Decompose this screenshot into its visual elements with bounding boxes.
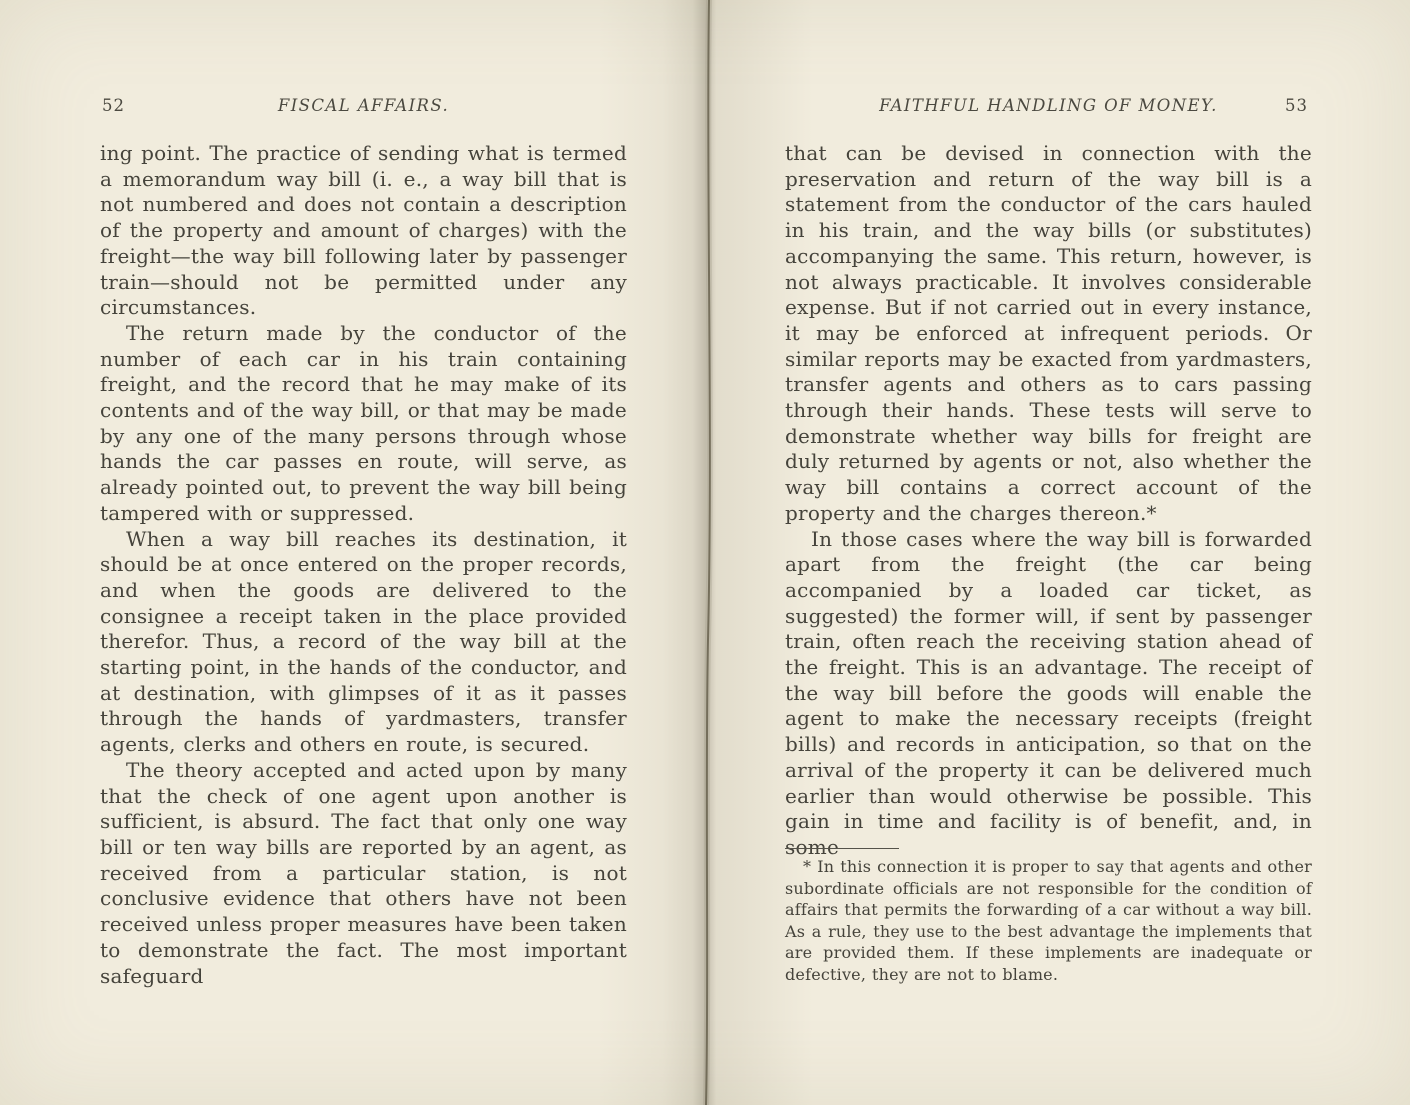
page-number-right: 53 bbox=[1285, 96, 1308, 115]
running-title-left: FISCAL AFFAIRS. bbox=[100, 96, 627, 115]
open-book-scan: 52 FISCAL AFFAIRS. ing point. The practi… bbox=[0, 0, 1410, 1105]
footnote-text: * In this connection it is proper to say… bbox=[785, 856, 1312, 986]
page-left: 52 FISCAL AFFAIRS. ing point. The practi… bbox=[100, 96, 627, 989]
paragraph-continuation: ing point. The practice of sending what … bbox=[100, 141, 627, 321]
running-head-left: 52 FISCAL AFFAIRS. bbox=[100, 96, 627, 118]
page-right: FAITHFUL HANDLING OF MONEY. 53 that can … bbox=[785, 96, 1312, 1016]
paragraph-runover: In those cases where the way bill is for… bbox=[785, 527, 1312, 861]
footnote: * In this connection it is proper to say… bbox=[785, 848, 1312, 986]
footnote-rule bbox=[785, 848, 899, 849]
paragraph-runover: The theory accepted and acted upon by ma… bbox=[100, 758, 627, 989]
gutter-shadow bbox=[598, 0, 813, 1105]
running-head-right: FAITHFUL HANDLING OF MONEY. 53 bbox=[785, 96, 1312, 118]
paragraph: When a way bill reaches its destination,… bbox=[100, 527, 627, 758]
paragraph: The return made by the conductor of the … bbox=[100, 321, 627, 527]
body-text-right: that can be devised in connection with t… bbox=[785, 141, 1312, 861]
running-title-right: FAITHFUL HANDLING OF MONEY. bbox=[785, 96, 1312, 115]
paragraph-continuation: that can be devised in connection with t… bbox=[785, 141, 1312, 527]
body-text-left: ing point. The practice of sending what … bbox=[100, 141, 627, 989]
